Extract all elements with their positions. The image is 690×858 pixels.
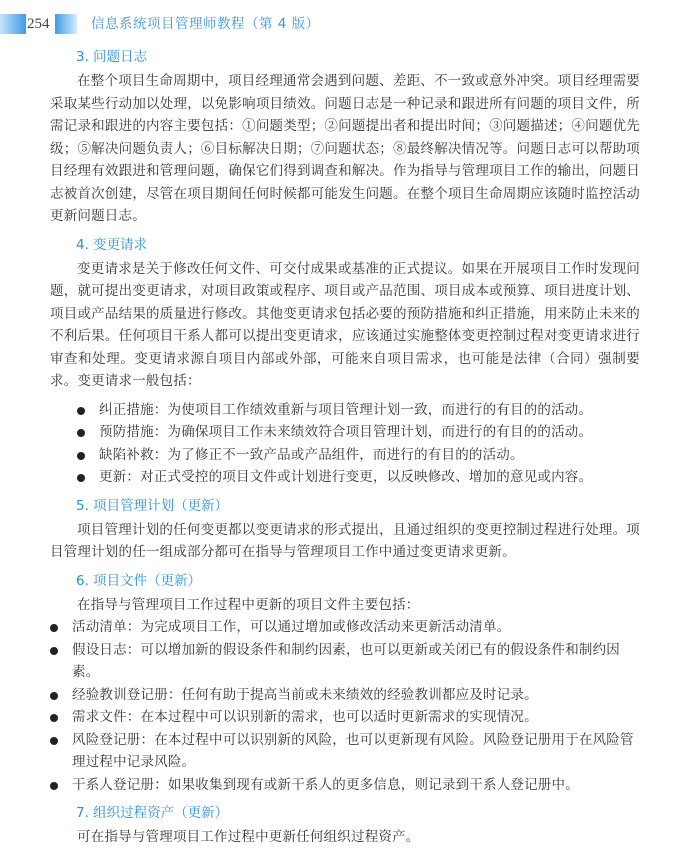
section-heading: 6. 项目文件（更新）: [76, 570, 640, 592]
list-item-text: 缺陷补救：为了修正不一致产品或产品组件，而进行的有目的的活动。: [99, 447, 524, 463]
bullet-icon: [50, 737, 58, 745]
list-item-text: 干系人登记册：如果收集到现有或新干系人的更多信息，则记录到干系人登记册中。: [72, 777, 579, 793]
list-item-text: 预防措施：为确保项目工作未来绩效符合项目管理计划，而进行的有目的的活动。: [99, 424, 592, 440]
section-opa-update: 7. 组织过程资产（更新） 可在指导与管理项目工作过程中更新任何组织过程资产。: [50, 802, 640, 849]
list-item: 纠正措施：为使项目工作绩效重新与项目管理计划一致，而进行的有目的的活动。: [50, 399, 640, 422]
paragraph: 在整个项目生命周期中，项目经理通常会遇到问题、差距、不一致或意外冲突。项目经理需…: [50, 70, 640, 228]
list-item: 活动清单：为完成项目工作，可以通过增加或修改活动来更新活动清单。: [23, 616, 640, 639]
list-item: 假设日志：可以增加新的假设条件和制约因素，也可以更新或关闭已有的假设条件和制约因…: [23, 639, 640, 684]
section-pm-plan-update: 5. 项目管理计划（更新） 项目管理计划的任何变更都以变更请求的形式提出，且通过…: [50, 495, 640, 564]
paragraph: 项目管理计划的任何变更都以变更请求的形式提出，且通过组织的变更控制过程进行处理。…: [50, 519, 640, 564]
list-item: 更新：对正式受控的项目文件或计划进行变更，以反映修改、增加的意见或内容。: [50, 466, 640, 489]
page-number: 254: [27, 14, 50, 34]
list-item: 干系人登记册：如果收集到现有或新干系人的更多信息，则记录到干系人登记册中。: [23, 774, 640, 797]
bullet-icon: [50, 647, 58, 655]
paragraph: 变更请求是关于修改任何文件、可交付成果或基准的正式提议。如果在开展项目工作时发现…: [50, 258, 640, 393]
bullet-icon: [50, 624, 58, 632]
section-project-docs-update: 6. 项目文件（更新） 在指导与管理项目工作过程中更新的项目文件主要包括： 活动…: [50, 570, 640, 797]
bullet-icon: [50, 782, 58, 790]
list-item: 经验教训登记册：任何有助于提高当前或未来绩效的经验教训都应及时记录。: [23, 684, 640, 707]
paragraph: 在指导与管理项目工作过程中更新的项目文件主要包括：: [50, 594, 640, 617]
book-title: 信息系统项目管理师教程（第 4 版）: [91, 14, 320, 34]
page-header: 254 信息系统项目管理师教程（第 4 版）: [0, 10, 690, 36]
bullet-icon: [77, 429, 85, 437]
list-item: 预防措施：为确保项目工作未来绩效符合项目管理计划，而进行的有目的的活动。: [50, 421, 640, 444]
list-item-text: 经验教训登记册：任何有助于提高当前或未来绩效的经验教训都应及时记录。: [72, 687, 538, 703]
list-item-text: 纠正措施：为使项目工作绩效重新与项目管理计划一致，而进行的有目的的活动。: [99, 402, 592, 418]
bullet-icon: [77, 474, 85, 482]
list-item: 缺陷补救：为了修正不一致产品或产品组件，而进行的有目的的活动。: [50, 444, 640, 467]
header-decoration-bar-left: [0, 14, 26, 34]
list-item: 需求文件：在本过程中可以识别新的需求，也可以适时更新需求的实现情况。: [23, 706, 640, 729]
section-heading: 5. 项目管理计划（更新）: [76, 495, 640, 517]
section-heading: 3. 问题日志: [76, 46, 640, 68]
list-item: 风险登记册：在本过程中可以识别新的风险，也可以更新现有风险。风险登记册用于在风险…: [23, 729, 640, 774]
list-item-text: 更新：对正式受控的项目文件或计划进行变更，以反映修改、增加的意见或内容。: [99, 469, 592, 485]
bullet-list: 活动清单：为完成项目工作，可以通过增加或修改活动来更新活动清单。 假设日志：可以…: [23, 616, 640, 796]
bullet-icon: [77, 407, 85, 415]
bullet-icon: [77, 452, 85, 460]
bullet-icon: [50, 714, 58, 722]
paragraph: 可在指导与管理项目工作过程中更新任何组织过程资产。: [50, 826, 640, 849]
bullet-icon: [50, 692, 58, 700]
list-item-text: 活动清单：为完成项目工作，可以通过增加或修改活动来更新活动清单。: [72, 619, 510, 635]
section-heading: 7. 组织过程资产（更新）: [76, 802, 640, 824]
page-body: 3. 问题日志 在整个项目生命周期中，项目经理通常会遇到问题、差距、不一致或意外…: [50, 46, 640, 855]
header-decoration-bar-right: [55, 14, 77, 34]
list-item-text: 假设日志：可以增加新的假设条件和制约因素，也可以更新或关闭已有的假设条件和制约因…: [72, 642, 620, 681]
section-heading: 4. 变更请求: [76, 234, 640, 256]
list-item-text: 风险登记册：在本过程中可以识别新的风险，也可以更新现有风险。风险登记册用于在风险…: [72, 732, 634, 771]
section-issue-log: 3. 问题日志 在整个项目生命周期中，项目经理通常会遇到问题、差距、不一致或意外…: [50, 46, 640, 228]
list-item-text: 需求文件：在本过程中可以识别新的需求，也可以适时更新需求的实现情况。: [72, 709, 538, 725]
bullet-list: 纠正措施：为使项目工作绩效重新与项目管理计划一致，而进行的有目的的活动。 预防措…: [50, 399, 640, 489]
section-change-request: 4. 变更请求 变更请求是关于修改任何文件、可交付成果或基准的正式提议。如果在开…: [50, 234, 640, 489]
